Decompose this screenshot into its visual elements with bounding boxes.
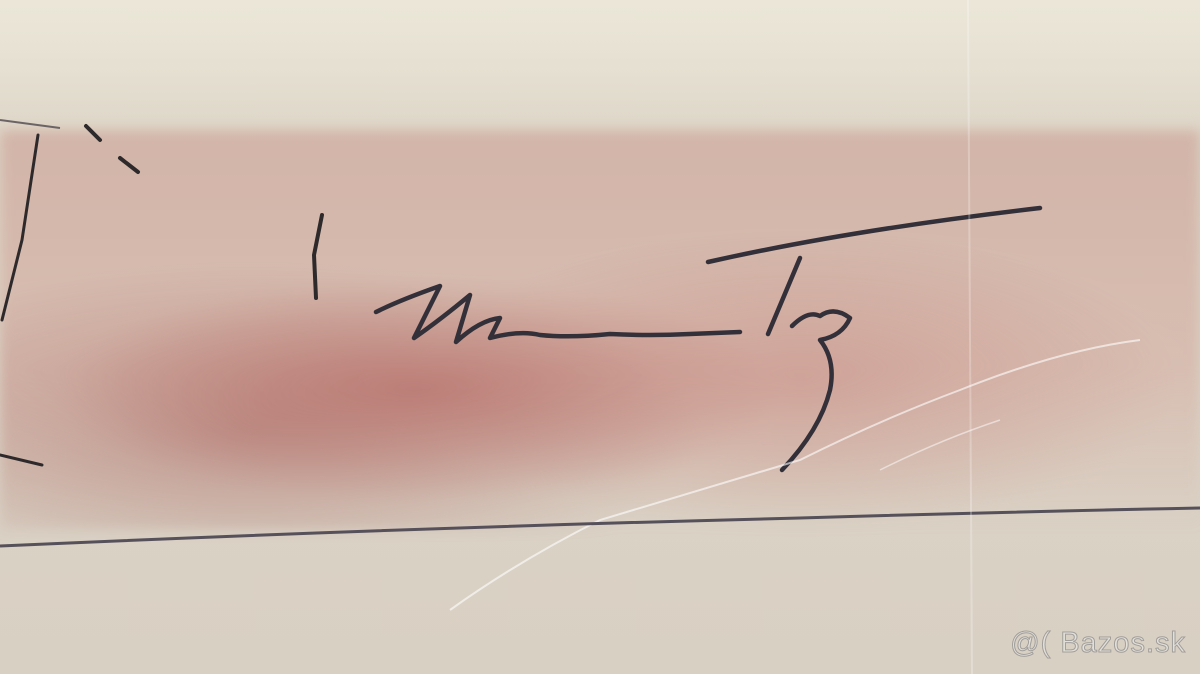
signature-strokes [376, 208, 1040, 470]
pencil-marks [0, 0, 1200, 674]
watermark: @( Bazos.sk [1010, 627, 1186, 660]
